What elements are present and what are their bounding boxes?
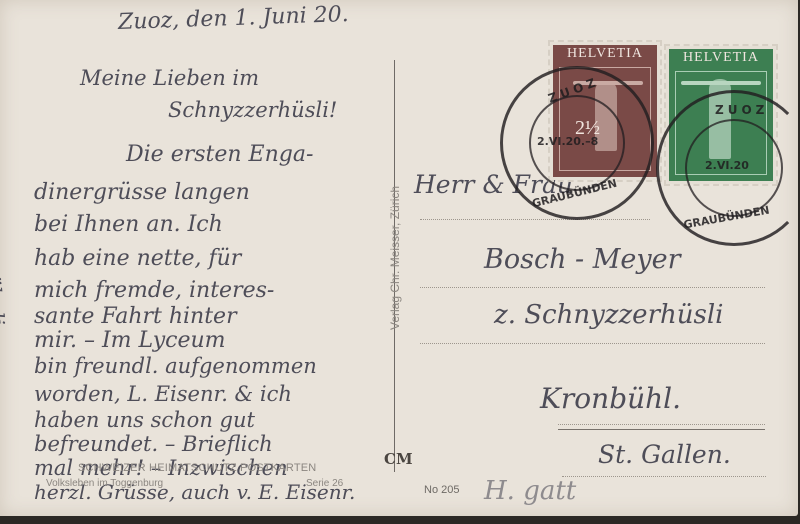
message-line: Die ersten Enga-	[126, 142, 313, 167]
address-line-4	[558, 424, 765, 425]
message-line: befreundet. – Brieflich	[34, 432, 273, 456]
series-subtitle: Volksleben im Toggenburg	[46, 478, 163, 489]
address-line: St. Gallen.	[598, 440, 731, 469]
postcard: Zuoz, den 1. Juni 20. Meine Lieben im Sc…	[0, 0, 798, 516]
message-line: sante Fahrt hinter	[34, 304, 237, 329]
message-line: haben uns schon gut	[34, 408, 255, 432]
message-line: bei Ihnen an. Ich	[34, 212, 223, 237]
message-line: mir. – Im Lyceum	[34, 328, 226, 353]
message-line: hab eine nette, für	[34, 246, 241, 271]
stamp-country: HELVETIA	[553, 45, 657, 63]
address-line-3	[420, 343, 765, 344]
address-line-2	[420, 287, 765, 288]
message-line: Meine Lieben im	[80, 66, 259, 90]
message-line: worden, L. Eisenr. & ich	[34, 382, 292, 406]
date-line: Zuoz, den 1. Juni 20.	[118, 2, 349, 35]
address-underline	[558, 429, 765, 430]
address-line-1	[420, 219, 650, 220]
series-number: Serie 26	[306, 478, 343, 489]
postmark-date: 2.VI.20.–8	[537, 135, 598, 148]
series-title: SCHWEIZER HEIMATSCHUTZ POSTKARTEN	[78, 462, 316, 474]
address-line-5	[562, 476, 766, 477]
message-line: mich fremde, interes-	[34, 278, 274, 303]
message-line: Schnyzzerhüsli!	[168, 98, 337, 122]
message-line: bin freundl. aufgenommen	[34, 354, 317, 378]
address-line: z. Schnyzzerhüsli	[494, 300, 723, 330]
crossbow-icon	[681, 81, 761, 85]
stamp-country: HELVETIA	[669, 49, 773, 67]
card-number: No 205	[424, 484, 459, 496]
margin-note: Ihre dankbare M. Stäheli. –	[0, 58, 11, 351]
postmark-right: ZUOZ 2.VI.20 GRAUBÜNDEN	[656, 90, 800, 246]
message-line: dinergrüsse langen	[34, 180, 250, 205]
postmark-town: ZUOZ	[715, 103, 768, 117]
publisher-vertical: Verlag Chr. Meisser, Zürich	[388, 186, 402, 330]
monogram: CM	[384, 450, 413, 468]
pencil-note: H. gatt	[484, 476, 576, 506]
address-line: Bosch - Meyer	[484, 244, 681, 275]
postmark-date: 2.VI.20	[705, 159, 749, 172]
address-line: Kronbühl.	[540, 382, 681, 415]
postmark-left: ZUOZ 2.VI.20.–8 GRAUBÜNDEN	[500, 66, 654, 220]
